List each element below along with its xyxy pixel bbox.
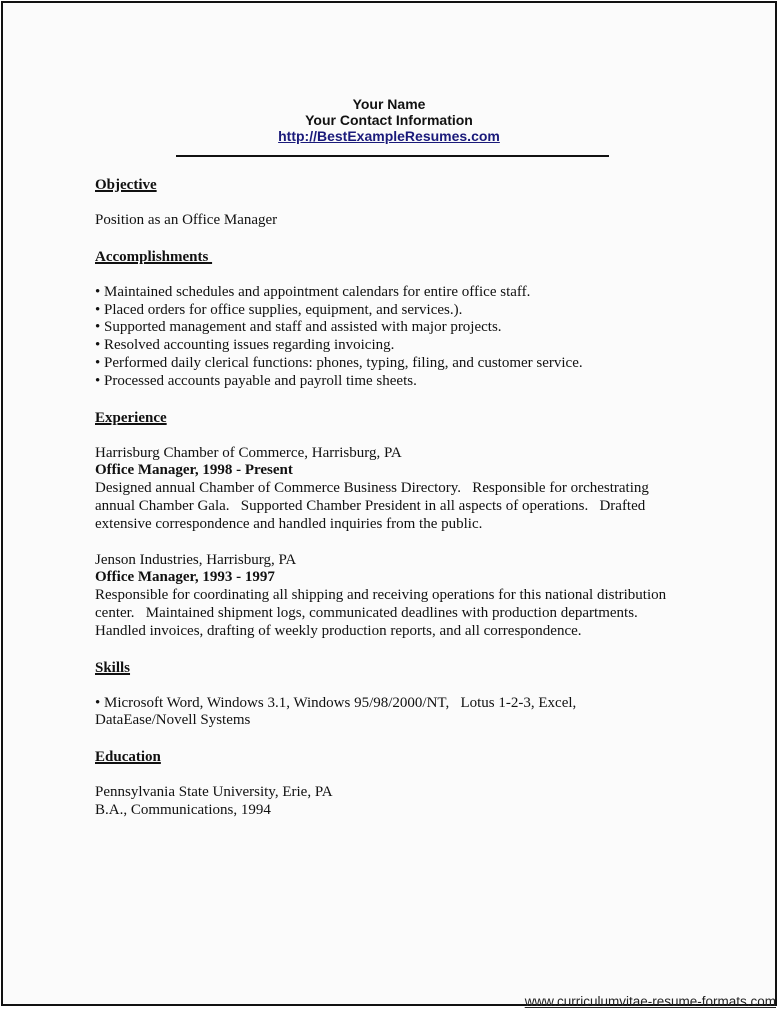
job-description-line: Responsible for coordinating all shippin…: [95, 587, 715, 605]
resume-page: Your Name Your Contact Information http:…: [1, 1, 777, 1006]
education-heading: Education: [95, 748, 715, 766]
list-item: • Maintained schedules and appointment c…: [95, 284, 715, 302]
education-degree: B.A., Communications, 1994: [95, 802, 715, 820]
job-employer: Jenson Industries, Harrisburg, PA: [95, 552, 715, 570]
education-school: Pennsylvania State University, Erie, PA: [95, 784, 715, 802]
objective-text: Position as an Office Manager: [95, 212, 715, 230]
list-item: • Performed daily clerical functions: ph…: [95, 355, 715, 373]
candidate-name: Your Name: [3, 96, 775, 112]
job-description-line: Handled invoices, drafting of weekly pro…: [95, 623, 715, 641]
job-title: Office Manager, 1993 - 1997: [95, 569, 715, 587]
list-item: • Processed accounts payable and payroll…: [95, 373, 715, 391]
experience-heading: Experience: [95, 409, 715, 427]
skills-heading: Skills: [95, 659, 715, 677]
watermark-url: www.curriculumvitae-resume-formats.com: [525, 994, 776, 1009]
job-description-line: annual Chamber Gala. Supported Chamber P…: [95, 498, 715, 516]
job-entry: Harrisburg Chamber of Commerce, Harrisbu…: [95, 445, 715, 534]
resume-body: Objective Position as an Office Manager …: [95, 176, 715, 820]
accomplishments-heading: Accomplishments: [95, 248, 715, 266]
skills-line: DataEase/Novell Systems: [95, 712, 715, 730]
job-description-line: Designed annual Chamber of Commerce Busi…: [95, 480, 715, 498]
skills-line: • Microsoft Word, Windows 3.1, Windows 9…: [95, 695, 715, 713]
objective-heading: Objective: [95, 176, 715, 194]
job-employer: Harrisburg Chamber of Commerce, Harrisbu…: [95, 445, 715, 463]
job-title: Office Manager, 1998 - Present: [95, 462, 715, 480]
header-divider: [176, 155, 609, 157]
website-link[interactable]: http://BestExampleResumes.com: [278, 128, 500, 144]
job-description-line: extensive correspondence and handled inq…: [95, 516, 715, 534]
accomplishments-list: • Maintained schedules and appointment c…: [95, 284, 715, 391]
resume-header: Your Name Your Contact Information http:…: [3, 96, 775, 144]
job-entry: Jenson Industries, Harrisburg, PA Office…: [95, 552, 715, 641]
list-item: • Resolved accounting issues regarding i…: [95, 337, 715, 355]
contact-information: Your Contact Information: [3, 112, 775, 128]
list-item: • Placed orders for office supplies, equ…: [95, 302, 715, 320]
list-item: • Supported management and staff and ass…: [95, 319, 715, 337]
job-description-line: center. Maintained shipment logs, commun…: [95, 605, 715, 623]
